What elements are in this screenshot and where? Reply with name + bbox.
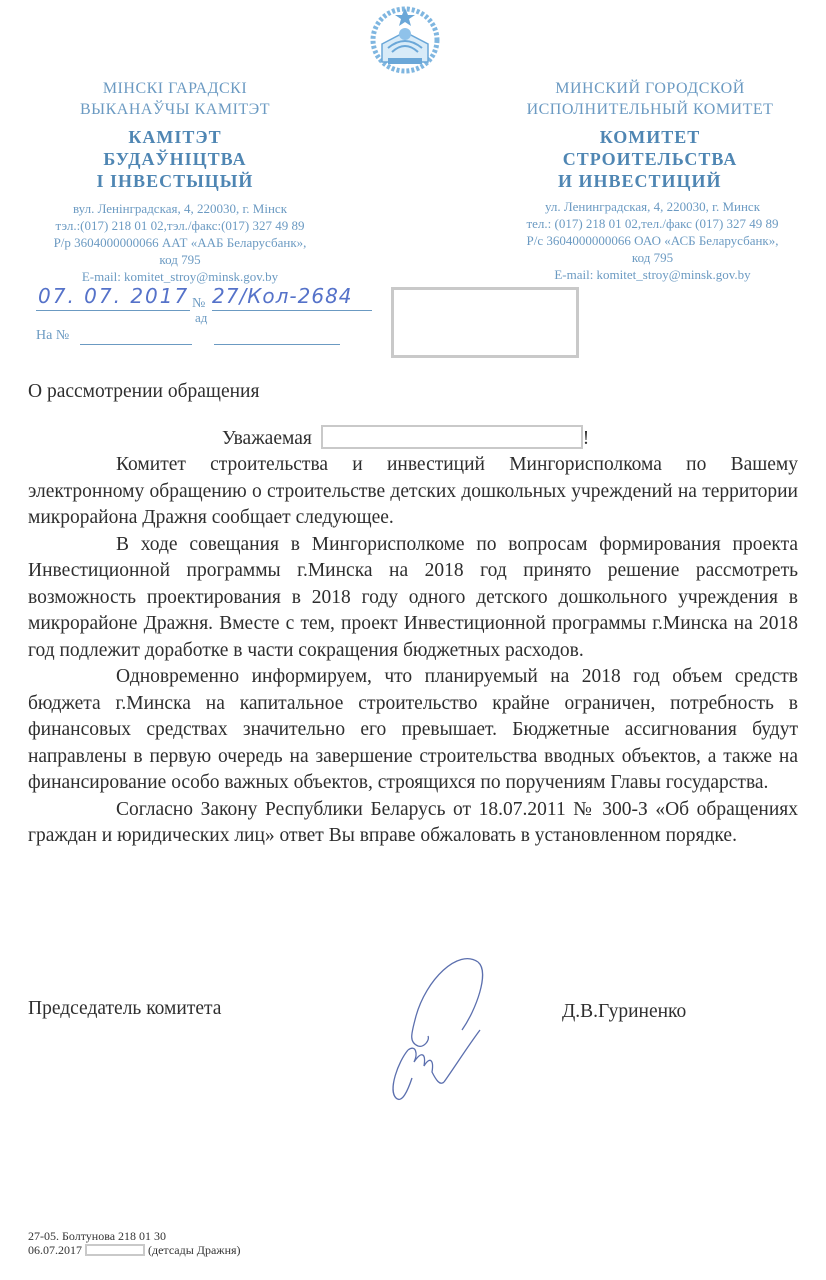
outgoing-number: 27/Кол-2684	[212, 284, 372, 311]
bank-account: Р/р 3604000000066 ААТ «ААБ Беларусбанк»,	[30, 234, 330, 251]
paragraph-4: Согласно Закону Республики Беларусь от 1…	[28, 797, 798, 850]
letterhead-left: МІНСКІ ГАРАДСКІ ВЫКАНАЎЧЫ КАМІТЭТ КАМІТЭ…	[40, 78, 310, 192]
letterhead-right: МИНСКИЙ ГОРОДСКОЙ ИСПОЛНИТЕЛЬНЫЙ КОМИТЕТ…	[500, 78, 800, 192]
executor-line: 27-05. Болтунова 218 01 30	[28, 1229, 241, 1243]
address: вул. Ленінградская, 4, 220030, г. Мінск	[30, 200, 330, 217]
letter-body: Комитет строительства и инвестиций Минго…	[28, 452, 798, 850]
phone: тел.: (017) 218 01 02,тел./факс (017) 32…	[495, 215, 810, 232]
bank-account: Р/с 3604000000066 ОАО «АСБ Беларусбанк»,	[495, 232, 810, 249]
letterhead-right-contacts: ул. Ленинградская, 4, 220030, г. Минск т…	[495, 198, 810, 283]
email: E-mail: komitet_stroy@minsk.gov.by	[30, 268, 330, 285]
number-sub: ад	[195, 310, 207, 326]
org-name-line2: ИСПОЛНИТЕЛЬНЫЙ КОМИТЕТ	[500, 99, 800, 120]
file-line: 06.07.2017 (детсады Дражня)	[28, 1243, 241, 1257]
dept-name-line1: КОМИТЕТ	[500, 126, 800, 148]
bank-code: код 795	[30, 251, 330, 268]
bank-code: код 795	[495, 249, 810, 266]
address: ул. Ленинградская, 4, 220030, г. Минск	[495, 198, 810, 215]
dept-name-line1: КАМІТЭТ	[40, 126, 310, 148]
salutation-text: Уважаемая	[222, 428, 312, 449]
dept-name-line2: БУДАЎНІЦТВА	[40, 148, 310, 170]
paragraph-3: Одновременно информируем, что планируемы…	[28, 664, 798, 797]
org-name-line1: МІНСКІ ГАРАДСКІ	[40, 78, 310, 99]
dept-name-line2: СТРОИТЕЛЬСТВА	[500, 148, 800, 170]
signature-icon	[368, 950, 498, 1110]
org-name-line2: ВЫКАНАЎЧЫ КАМІТЭТ	[40, 99, 310, 120]
signatory-name: Д.В.Гуриненко	[562, 999, 686, 1026]
phone: тэл.:(017) 218 01 02,тэл./факс:(017) 327…	[30, 217, 330, 234]
redacted-footer-name	[85, 1244, 145, 1256]
dept-name-line3: И ИНВЕСТИЦИЙ	[500, 170, 800, 192]
letterhead-left-contacts: вул. Ленінградская, 4, 220030, г. Мінск …	[30, 200, 330, 285]
coat-of-arms-icon	[366, 4, 444, 74]
file-note: (детсады Дражня)	[148, 1243, 241, 1257]
email: E-mail: komitet_stroy@minsk.gov.by	[495, 266, 810, 283]
file-date: 06.07.2017	[28, 1243, 82, 1257]
dept-name-line3: І ІНВЕСТЫЦЫЙ	[40, 170, 310, 192]
org-name-line1: МИНСКИЙ ГОРОДСКОЙ	[500, 78, 800, 99]
paragraph-1: Комитет строительства и инвестиций Минго…	[28, 452, 798, 532]
reference-date-field	[214, 343, 340, 345]
reference-label: На №	[36, 328, 69, 344]
paragraph-2: В ходе совещания в Мингорисполкоме по во…	[28, 532, 798, 665]
footer: 27-05. Болтунова 218 01 30 06.07.2017 (д…	[28, 1229, 241, 1257]
reference-number-field	[80, 343, 192, 345]
signatory-title: Председатель комитета	[28, 996, 221, 1023]
redacted-name	[321, 425, 583, 449]
redacted-addressee	[391, 287, 579, 358]
salutation-end: !	[583, 428, 590, 449]
outgoing-date: 07. 07. 2017	[36, 284, 190, 311]
letter-subject: О рассмотрении обращения	[28, 379, 259, 406]
salutation: Уважаемая !	[222, 425, 589, 453]
